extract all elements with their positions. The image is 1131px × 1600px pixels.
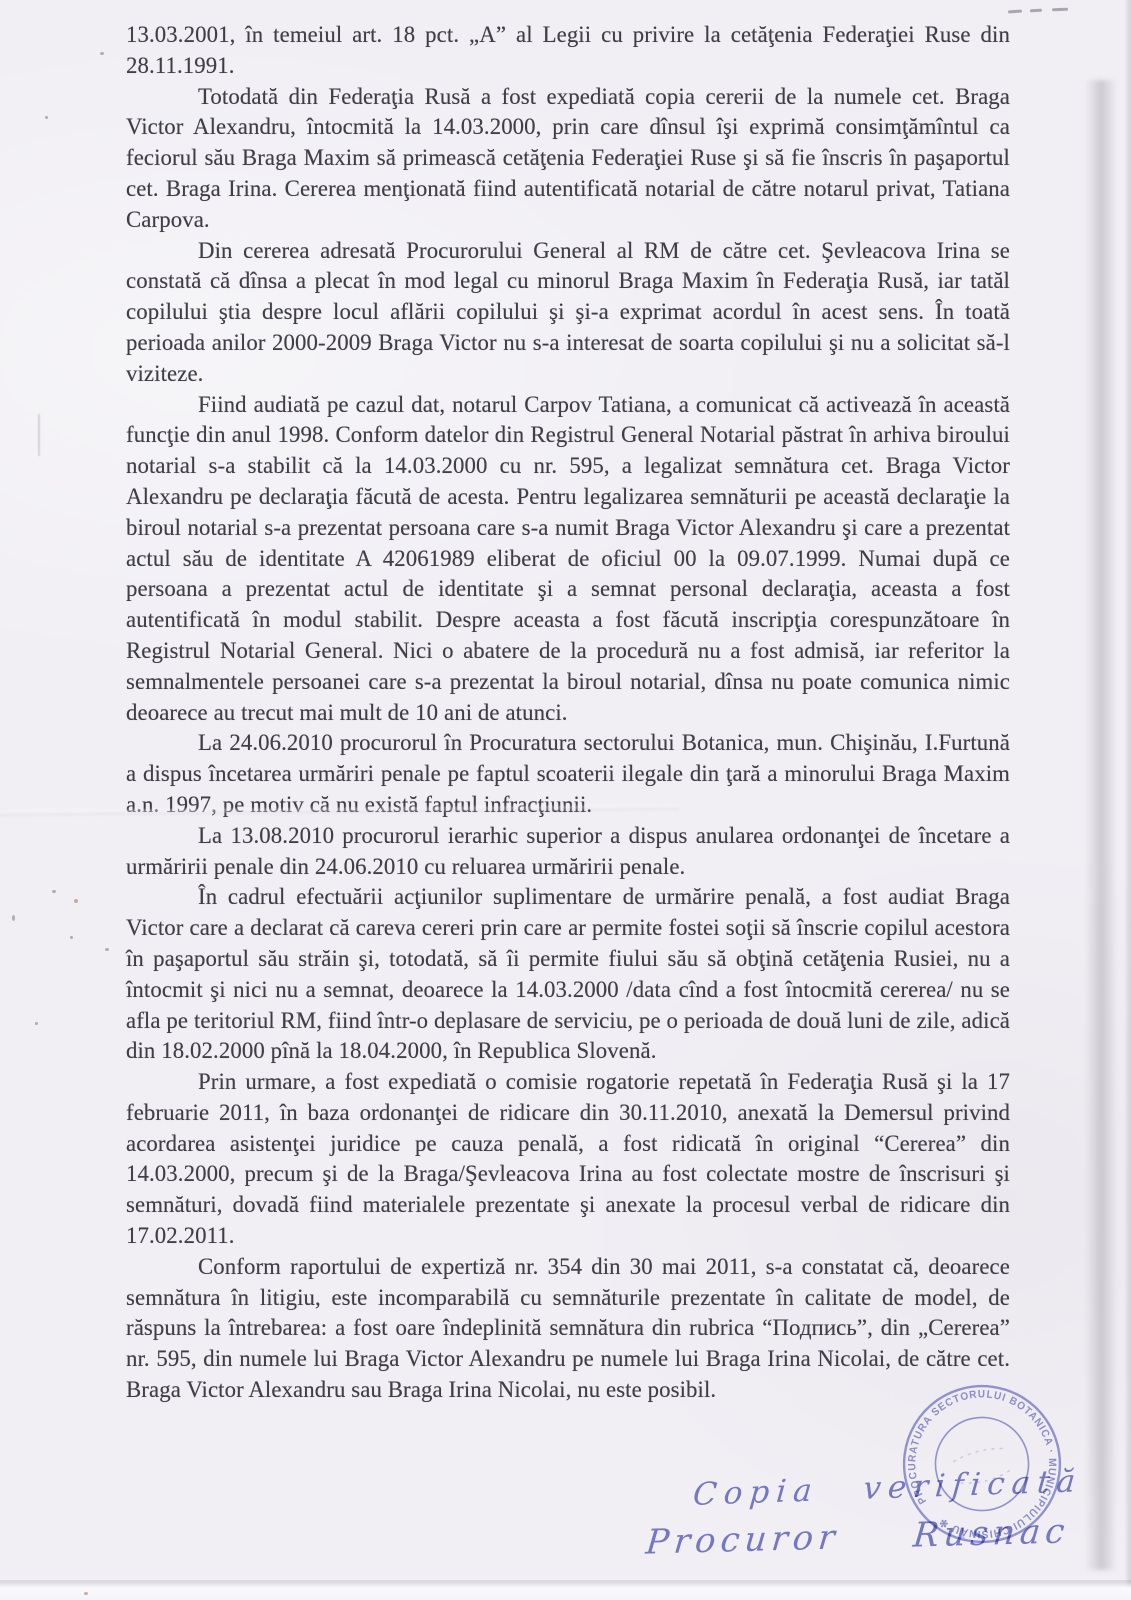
scan-speck (70, 936, 73, 939)
paper-right-edge (1124, 0, 1131, 1600)
scan-mark-dash (1030, 9, 1042, 13)
handwriting-prosecutor-signature: Procuror Rusnac (644, 1511, 1071, 1562)
scanned-document-page: 13.03.2001, în temeiul art. 18 pct. „A” … (0, 0, 1131, 1600)
scan-right-shadow (1085, 80, 1115, 1570)
scan-mark-dash (1052, 8, 1068, 12)
scan-speck (52, 890, 56, 893)
scan-mark-dash (1008, 10, 1022, 14)
scan-speck (74, 899, 78, 903)
paragraph: Conform raportului de expertiză nr. 354 … (126, 1252, 1010, 1406)
paragraph: Totodată din Federaţia Rusă a fost exped… (126, 82, 1010, 236)
scan-speck (100, 52, 104, 55)
paragraph: În cadrul efectuării acţiunilor suplimen… (126, 882, 1010, 1067)
scan-speck (45, 116, 48, 119)
paragraph-continuation: 13.03.2001, în temeiul art. 18 pct. „A” … (126, 20, 1010, 82)
scan-speck (84, 1592, 88, 1595)
stamp-inner-emblem-mark (952, 1445, 1006, 1462)
scan-speck (35, 1022, 38, 1025)
paragraph: Din cererea adresată Procurorului Genera… (126, 236, 1010, 390)
paragraph: Fiind audiată pe cazul dat, notarul Carp… (126, 390, 1010, 729)
paper-crease-small (38, 414, 40, 456)
scan-speck (12, 915, 15, 921)
scan-speck (105, 948, 109, 951)
paragraph: La 13.08.2010 procurorul ierarhic superi… (126, 821, 1010, 883)
scan-bottom-edge (0, 1580, 1131, 1600)
paragraph: Prin urmare, a fost expediată o comisie … (126, 1067, 1010, 1252)
document-body: 13.03.2001, în temeiul art. 18 pct. „A” … (126, 20, 1010, 1406)
